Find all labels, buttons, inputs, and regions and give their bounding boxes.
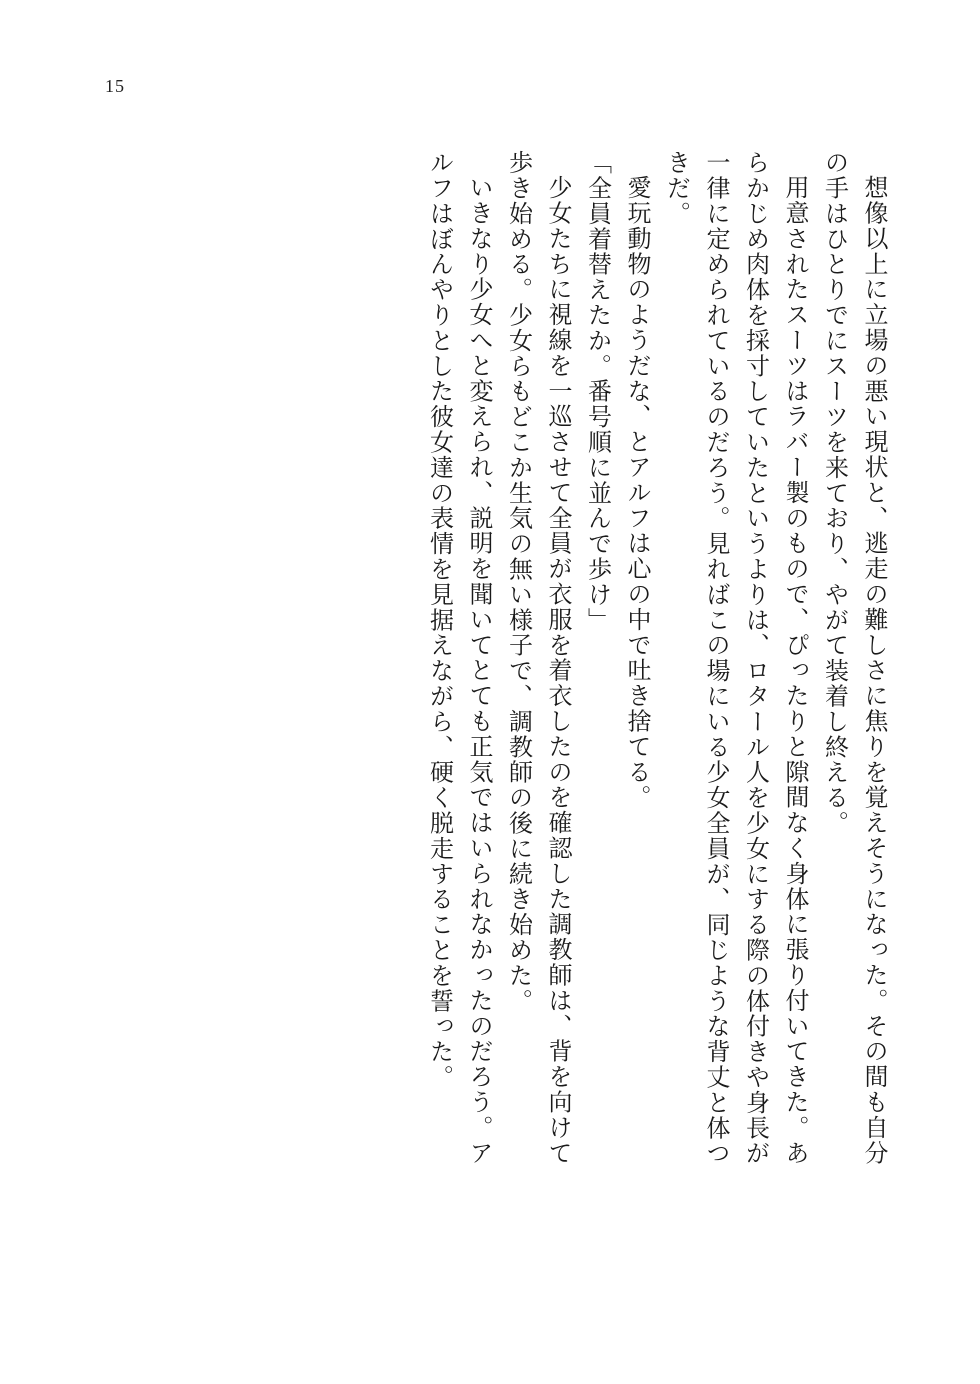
paragraph-6: いきなり少女へと変えられ、説明を聞いてとても正気ではいられなかったのだろう。アル… — [418, 150, 497, 1166]
paragraph-5: 少女たちに視線を一巡させて全員が衣服を着衣したのを確認した調教師は、背を向けて歩… — [497, 150, 576, 1166]
paragraph-2: 用意されたスーツはラバー製のもので、ぴったりと隙間なく身体に張り付いてきた。あら… — [655, 150, 813, 1166]
paragraph-1: 想像以上に立場の悪い現状と、逃走の難しさに焦りを覚えそうになった。その間も自分の… — [813, 150, 892, 1166]
paragraph-4-dialogue: 「全員着替えたか。番号順に並んで歩け」 — [576, 150, 616, 1166]
body-text: 想像以上に立場の悪い現状と、逃走の難しさに焦りを覚えそうになった。その間も自分の… — [418, 150, 892, 1166]
page-number: 15 — [105, 76, 125, 97]
page: 15 想像以上に立場の悪い現状と、逃走の難しさに焦りを覚えそうになった。その間も… — [0, 0, 980, 1384]
paragraph-3: 愛玩動物のようだな、とアルフは心の中で吐き捨てる。 — [616, 150, 656, 1166]
